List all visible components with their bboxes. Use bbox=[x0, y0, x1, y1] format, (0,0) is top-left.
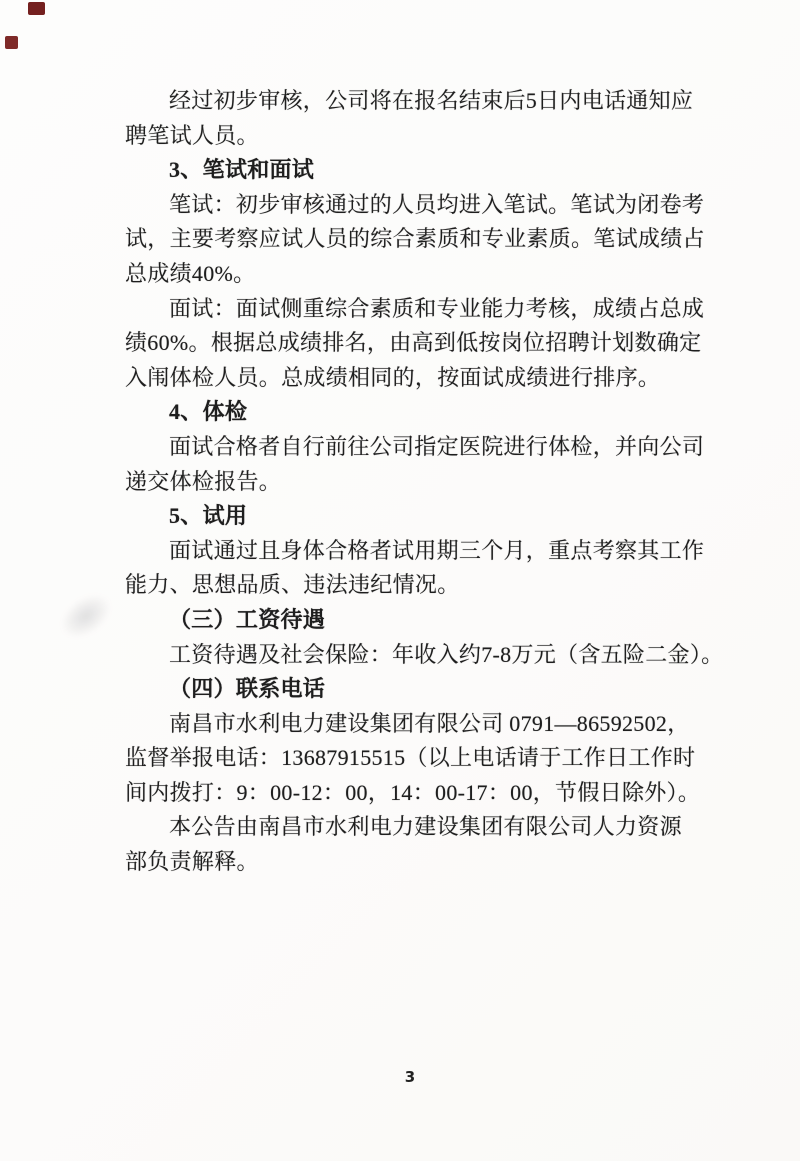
scan-smudge-artifact bbox=[53, 585, 120, 647]
section-heading-written-and-interview: 3、笔试和面试 bbox=[125, 153, 695, 188]
text-line: 聘笔试人员。 bbox=[125, 119, 695, 154]
section-heading-physical-exam: 4、体检 bbox=[125, 395, 695, 430]
section-heading-salary: （三）工资待遇 bbox=[125, 603, 695, 638]
section-heading-contact-phone: （四）联系电话 bbox=[125, 672, 695, 707]
text-line: 监督举报电话：13687915515（以上电话请于工作日工作时 bbox=[125, 741, 695, 776]
text-line: 面试：面试侧重综合素质和专业能力考核，成绩占总成 bbox=[125, 292, 695, 327]
text-line: 南昌市水利电力建设集团有限公司 0791—86592502， bbox=[125, 707, 695, 742]
text-line: 绩60%。根据总成绩排名，由高到低按岗位招聘计划数确定 bbox=[125, 326, 695, 361]
text-line: 面试通过且身体合格者试用期三个月，重点考察其工作 bbox=[125, 534, 695, 569]
text-line: 部负责解释。 bbox=[125, 845, 695, 880]
text-line: 试，主要考察应试人员的综合素质和专业素质。笔试成绩占 bbox=[125, 222, 695, 257]
section-heading-probation: 5、试用 bbox=[125, 499, 695, 534]
text-line: 面试合格者自行前往公司指定医院进行体检，并向公司 bbox=[125, 430, 695, 465]
text-line: 总成绩40%。 bbox=[125, 257, 695, 292]
scan-artifact-mark-2 bbox=[5, 36, 18, 49]
scan-artifact-mark-1 bbox=[28, 2, 45, 15]
text-line: 笔试：初步审核通过的人员均进入笔试。笔试为闭卷考 bbox=[125, 188, 695, 223]
page-number: 3 bbox=[125, 1068, 695, 1086]
text-line: 递交体检报告。 bbox=[125, 465, 695, 500]
text-line: 经过初步审核，公司将在报名结束后5日内电话通知应 bbox=[125, 84, 695, 119]
text-line: 间内拨打：9：00-12：00，14：00-17：00，节假日除外）。 bbox=[125, 776, 695, 811]
text-line: 能力、思想品质、违法违纪情况。 bbox=[125, 568, 695, 603]
page-content: 经过初步审核，公司将在报名结束后5日内电话通知应 聘笔试人员。 3、笔试和面试 … bbox=[125, 84, 695, 880]
document-page: 经过初步审核，公司将在报名结束后5日内电话通知应 聘笔试人员。 3、笔试和面试 … bbox=[0, 0, 800, 1161]
text-line: 工资待遇及社会保险：年收入约7-8万元（含五险二金）。 bbox=[125, 638, 695, 673]
text-line: 本公告由南昌市水利电力建设集团有限公司人力资源 bbox=[125, 810, 695, 845]
text-line: 入闱体检人员。总成绩相同的，按面试成绩进行排序。 bbox=[125, 361, 695, 396]
